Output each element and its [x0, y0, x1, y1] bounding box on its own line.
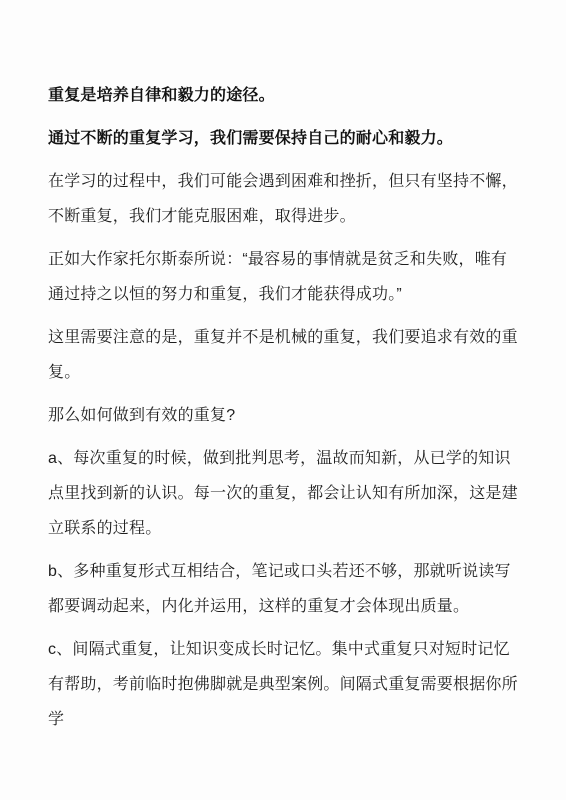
- paragraph-effective-repetition-note: 这里需要注意的是，重复并不是机械的重复，我们要追求有效的重复。: [48, 320, 522, 390]
- document-body: 重复是培养自律和毅力的途径。 通过不断的重复学习，我们需要保持自己的耐心和毅力。…: [48, 78, 522, 737]
- heading-line-2: 通过不断的重复学习，我们需要保持自己的耐心和毅力。: [48, 121, 522, 156]
- heading-line-1: 重复是培养自律和毅力的途径。: [48, 78, 522, 113]
- document-page: 重复是培养自律和毅力的途径。 通过不断的重复学习，我们需要保持自己的耐心和毅力。…: [0, 0, 566, 800]
- question-line: 那么如何做到有效的重复?: [48, 398, 522, 433]
- point-a: a、每次重复的时候，做到批判思考，温故而知新，从已学的知识点里找到新的认识。每一…: [48, 441, 522, 546]
- point-b: b、多种重复形式互相结合，笔记或口头若还不够，那就听说读写都要调动起来，内化并运…: [48, 554, 522, 624]
- point-c: c、间隔式重复，让知识变成长时记忆。集中式重复只对短时记忆有帮助，考前临时抱佛脚…: [48, 632, 522, 737]
- paragraph-tolstoy-quote: 正如大作家托尔斯泰所说：“最容易的事情就是贫乏和失败，唯有通过持之以恒的努力和重…: [48, 242, 522, 312]
- paragraph-learning-process: 在学习的过程中，我们可能会遇到困难和挫折，但只有坚持不懈，不断重复，我们才能克服…: [48, 164, 522, 234]
